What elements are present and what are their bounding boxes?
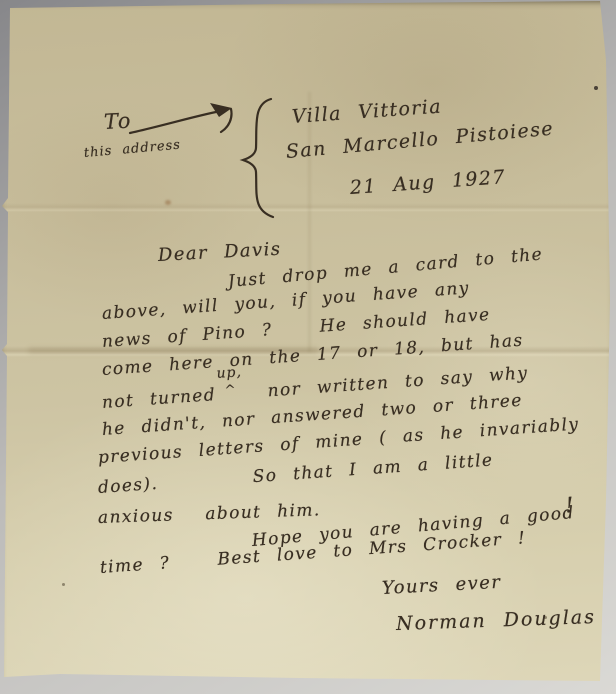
signature: Norman Douglas [396, 606, 597, 635]
body-line-5-start: not turned [101, 385, 216, 413]
caret-mark: ^ [224, 383, 237, 399]
paper-stain [165, 200, 171, 205]
date-line: 21 Aug 1927 [349, 166, 506, 199]
body-line-9: anxious about him. [98, 500, 321, 528]
exclamation-mark: ! [564, 493, 576, 518]
photo-backdrop: To this address Villa Vittoria San Marce… [0, 0, 616, 694]
paper-speck [594, 86, 598, 90]
vertical-crease [308, 92, 311, 352]
address-line-1: Villa Vittoria [291, 96, 442, 128]
letter-paper: To this address Villa Vittoria San Marce… [0, 0, 616, 694]
curly-brace-icon [237, 96, 279, 220]
address-note: this address [83, 138, 181, 161]
salutation: Dear Davis [157, 239, 281, 266]
inserted-word: up, [216, 364, 242, 382]
insertion-mark: up,^ [215, 381, 252, 400]
closing: Yours ever [381, 572, 501, 599]
paper-speck [62, 583, 65, 586]
